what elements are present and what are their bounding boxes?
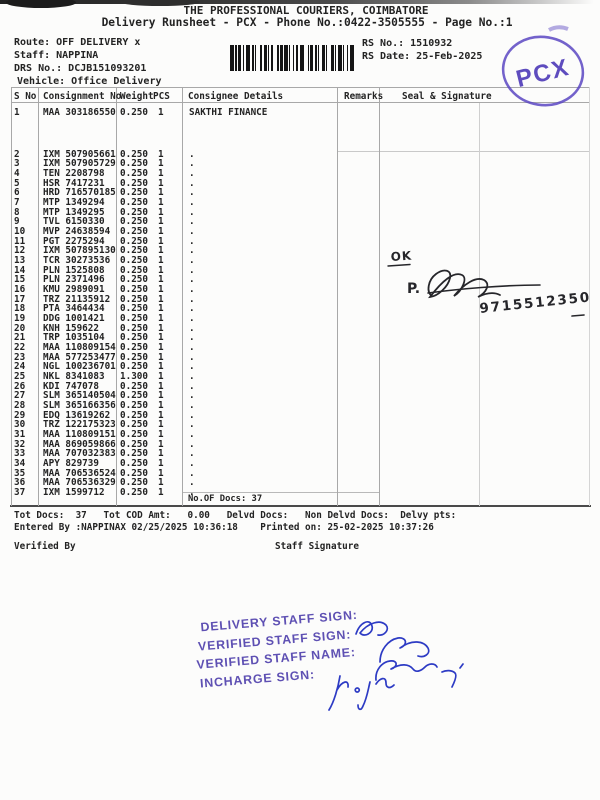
pcx-stamp-circle: [498, 31, 588, 111]
table-row: 13TCR 302735360.2501.: [0, 255, 600, 265]
runsheet-subtitle: Delivery Runsheet - PCX - Phone No.:0422…: [0, 16, 600, 29]
table-row: 2IXM 5079056610.2501.: [0, 149, 600, 159]
rs-no-line: RS No.: 1510932: [362, 38, 452, 49]
table-row: 33MAA 7070323830.2501.: [0, 448, 600, 458]
cell-weight: 0.250: [120, 487, 148, 498]
route-line: Route: OFF DELIVERY x: [14, 37, 140, 48]
barcode-bar: [350, 45, 354, 71]
table-row: 36MAA 7065363290.2501.: [0, 477, 600, 487]
table-row: 7MTP 13492940.2501.: [0, 197, 600, 207]
table-row: 26KDI 7470780.2501.: [0, 381, 600, 391]
table-row: 10MVP 246385940.2501.: [0, 226, 600, 236]
col-header-consignment: Consignment No: [43, 91, 121, 102]
col-header-consignee: Consignee Details: [188, 91, 283, 102]
table-row: 30TRZ 1221753230.2501.: [0, 419, 600, 429]
table-row: 3IXM 5079057290.2501.: [0, 158, 600, 168]
rs-date-line: RS Date: 25-Feb-2025: [362, 51, 482, 62]
cell-consignment: IXM 1599712: [43, 487, 105, 498]
table-row: 25NKL 83410831.3001.: [0, 371, 600, 381]
entered-line: Entered By :NAPPINAX 02/25/2025 10:36:18…: [14, 522, 434, 533]
pcx-stamp: PCX: [498, 27, 588, 111]
runsheet-document: THE PROFESSIONAL COURIERS, COIMBATORE De…: [0, 0, 600, 800]
table-row: 23MAA 5772534770.2501.: [0, 352, 600, 362]
cell-consignment: MAA 303186550: [43, 107, 116, 118]
table-row: 14PLN 15258080.2501.: [0, 265, 600, 275]
table-row: 27SLM 3651405040.2501.: [0, 390, 600, 400]
barcode: [230, 45, 354, 71]
table-border: [11, 102, 590, 103]
table-row: 28SLM 3651663560.2501.: [0, 400, 600, 410]
vehicle-line: Vehicle: Office Delivery: [17, 76, 162, 87]
table-row: 22MAA 1108091540.2501.: [0, 342, 600, 352]
table-row: 21TRP 10351040.2501.: [0, 332, 600, 342]
table-row: 11PGT 22752940.2501.: [0, 236, 600, 246]
col-header-remarks: Remarks: [344, 91, 383, 102]
table-border: [11, 87, 590, 88]
table-row: 37IXM 15997120.2501.: [0, 487, 600, 497]
table-row: 15PLN 23714960.2501.: [0, 274, 600, 284]
table-row: 19DDG 10014210.2501.: [0, 313, 600, 323]
table-row: 29EDQ 136192620.2501.: [0, 410, 600, 420]
table-row: 34APY 8297390.2501.: [0, 458, 600, 468]
drs-no-line: DRS No.: DCJB151093201: [14, 63, 146, 74]
cell-sno: 1: [14, 107, 20, 118]
table-row: 31MAA 1108091510.2501.: [0, 429, 600, 439]
table-row: 32MAA 8690598660.2501.: [0, 439, 600, 449]
table-row: 8MTP 13492950.2501.: [0, 207, 600, 217]
col-header-pcs: PCS: [153, 91, 170, 102]
table-row: 9TVL 61503300.2501.: [0, 216, 600, 226]
table-row: 12IXM 5078951300.2501.: [0, 245, 600, 255]
cell-weight: 0.250: [120, 107, 148, 118]
col-header-weight: Weight: [120, 91, 154, 102]
col-header-sno: S No: [14, 91, 36, 102]
table-row: 18PTA 34644340.2501.: [0, 303, 600, 313]
verified-by-label: Verified By: [14, 541, 76, 552]
table-row: 6HRD 7165701850.2501.: [0, 187, 600, 197]
table-row: 4TEN 22087980.2501.: [0, 168, 600, 178]
col-header-seal: Seal & Signature: [402, 91, 492, 102]
cell-pcs: 1: [158, 107, 164, 118]
table-row: 24NGL 1002367010.2501.: [0, 361, 600, 371]
table-row: 17TRZ 211359120.2501.: [0, 294, 600, 304]
staff-line: Staff: NAPPINA: [14, 50, 98, 61]
cell-pcs: 1: [158, 487, 164, 498]
table-row: 1MAA 3031865500.2501SAKTHI FINANCE: [0, 107, 600, 117]
table-row: 20KNH 1596220.2501.: [0, 323, 600, 333]
cell-sno: 37: [14, 487, 25, 498]
totals-line: Tot Docs: 37 Tot COD Amt: 0.00 Delvd Doc…: [14, 510, 456, 521]
cell-consignee: SAKTHI FINANCE: [189, 107, 267, 118]
verification-stamp: DELIVERY STAFF SIGN: VERIFIED STAFF SIGN…: [190, 597, 495, 695]
staff-signature-label: Staff Signature: [275, 541, 359, 552]
no-of-docs: No.OF Docs: 37: [188, 494, 262, 504]
table-row: 35MAA 7065365240.2501.: [0, 468, 600, 478]
table-row: 5HSR 74172310.2501.: [0, 178, 600, 188]
table-row: 16KMU 29890910.2501.: [0, 284, 600, 294]
table-bottom-rule: [10, 505, 591, 507]
